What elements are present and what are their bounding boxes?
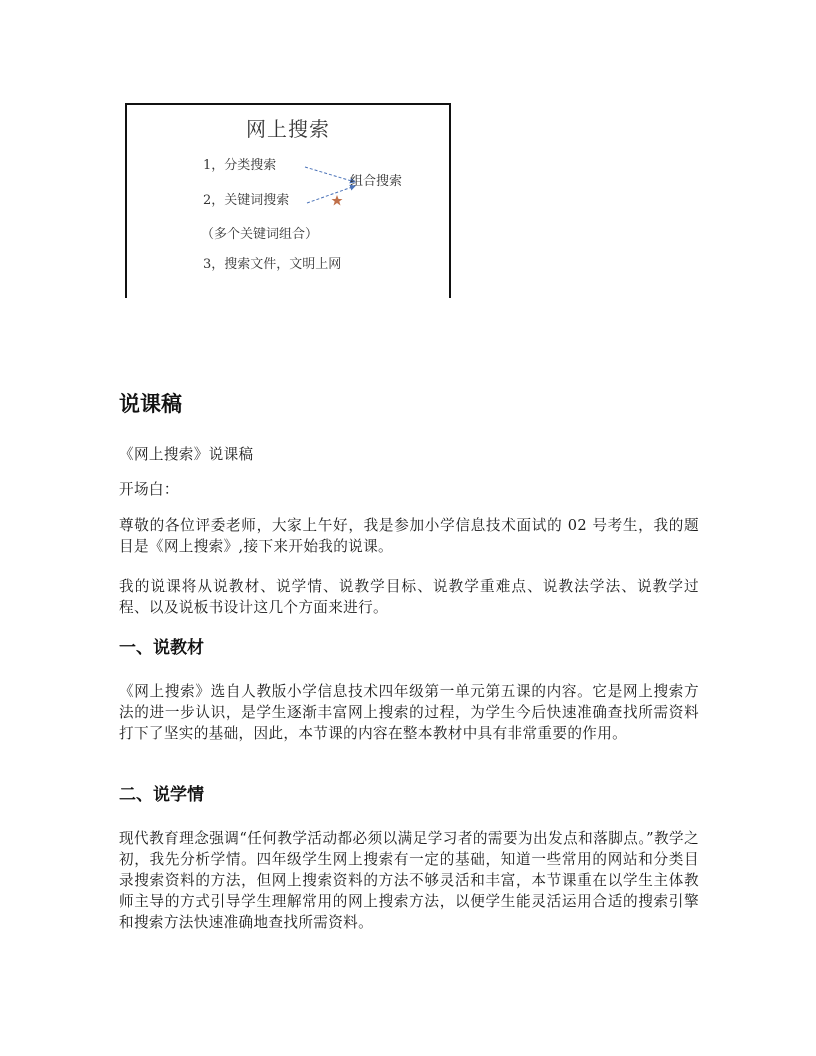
opening-paragraph: 尊敬的各位评委老师，大家上午好，我是参加小学信息技术面试的 02 号考生，我的题… bbox=[119, 515, 699, 557]
slide-item-combined-search: 组合搜索 bbox=[350, 175, 402, 188]
opening-label: 开场白： bbox=[119, 479, 699, 500]
section-heading-learners: 二、说学情 bbox=[119, 787, 204, 804]
arrow-icon bbox=[305, 167, 355, 182]
slide-item-classified-search: 1，分类搜索 bbox=[203, 159, 276, 172]
slide-image: 网上搜索 1，分类搜索 组合搜索 2，关键词搜索 （多个关键词组合） 3，搜索文… bbox=[125, 103, 451, 298]
section-paragraph-textbook: 《网上搜索》选自人教版小学信息技术四年级第一单元第五课的内容。它是网上搜索方法的… bbox=[119, 681, 699, 744]
slide-item-search-files: 3，搜索文件，文明上网 bbox=[203, 258, 341, 271]
section-heading-textbook: 一、说教材 bbox=[119, 640, 204, 657]
slide-item-keyword-search: 2，关键词搜索 bbox=[203, 194, 289, 207]
slide-title: 网上搜索 bbox=[246, 119, 330, 139]
section-paragraph-learners: 现代教育理念强调“任何教学活动都必须以满足学习者的需要为出发点和落脚点。”教学之… bbox=[119, 828, 699, 933]
slide-item-note: （多个关键词组合） bbox=[201, 228, 318, 241]
main-heading: 说课稿 bbox=[119, 394, 182, 415]
arrow-icon bbox=[307, 186, 355, 203]
document-subtitle: 《网上搜索》说课稿 bbox=[119, 444, 699, 465]
star-icon bbox=[332, 195, 343, 206]
outline-paragraph: 我的说课将从说教材、说学情、说教学目标、说教学重难点、说教法学法、说教学过程、以… bbox=[119, 576, 699, 618]
